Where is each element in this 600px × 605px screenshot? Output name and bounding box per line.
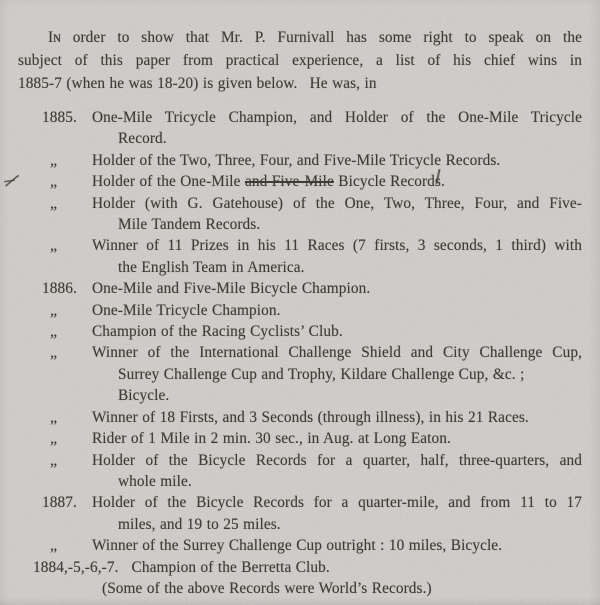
text-segment: Surrey Challenge Cup and Trophy, Kildare… <box>118 366 524 383</box>
item-text: Holder of the Bicycle Records for a quar… <box>92 492 582 535</box>
item-text: Holder of the Bicycle Records for a quar… <box>92 450 582 493</box>
text-segment: miles, and 19 to 25 miles. <box>118 516 281 533</box>
text-line: Holder of the One-Mile and Five-Mile Bic… <box>92 171 582 192</box>
list-item: „Holder of the Bicycle Records for a qua… <box>18 450 582 493</box>
intro-paragraph: Iɴ order to show that Mr. P. Furnivall h… <box>18 26 582 95</box>
item-text: One-Mile Tricycle Champion. <box>92 300 582 321</box>
text-segment: Rider of 1 Mile in 2 min. 30 sec., in Au… <box>92 430 451 447</box>
list-item: 1884,-5,-6,-7.Champion of the Berretta C… <box>18 557 582 578</box>
text-segment: Champion of the Racing Cyclists’ Club. <box>92 323 343 340</box>
ditto-mark: „ <box>42 193 92 236</box>
item-text: Champion of the Racing Cyclists’ Club. <box>92 321 582 342</box>
item-text: Rider of 1 Mile in 2 min. 30 sec., in Au… <box>92 428 582 449</box>
list-item: „Winner of 11 Prizes in his 11 Races (7 … <box>18 235 582 278</box>
footer-note: (Some of the above Records were World’s … <box>102 578 582 599</box>
ditto-mark: „ <box>42 535 92 556</box>
ditto-mark: „ <box>42 321 92 342</box>
slashed-letter: s <box>435 171 441 192</box>
intro-line: Iɴ order to show that Mr. P. Furnivall h… <box>18 26 582 49</box>
page-content: Iɴ order to show that Mr. P. Furnivall h… <box>0 0 600 599</box>
text-line: Holder (with G. Gatehouse) of the One, T… <box>92 193 582 214</box>
item-text: Winner of the Surrey Challenge Cup outri… <box>92 535 582 556</box>
text-line: Holder of the Bicycle Records for a quar… <box>92 492 582 513</box>
intro-line: subject of this paper from practical exp… <box>18 49 582 72</box>
list-item: „Holder of the One-Mile and Five-Mile Bi… <box>18 171 582 192</box>
text-line: One-Mile Tricycle Champion. <box>92 300 582 321</box>
text-segment: Winner of the International Challenge Sh… <box>92 344 582 361</box>
list-item: 1887.Holder of the Bicycle Records for a… <box>18 492 582 535</box>
text-segment: One-Mile and Five-Mile Bicycle Champion. <box>92 280 370 297</box>
text-segment: Holder (with G. Gatehouse) of the One, T… <box>92 195 582 212</box>
list-item: 1885.One-Mile Tricycle Champion, and Hol… <box>18 107 582 150</box>
ditto-mark: „ <box>42 300 92 321</box>
text-line: Surrey Challenge Cup and Trophy, Kildare… <box>92 364 582 385</box>
text-line: One-Mile and Five-Mile Bicycle Champion. <box>92 278 582 299</box>
text-segment: Winner of 11 Prizes in his 11 Races (7 f… <box>92 237 582 254</box>
list-item: „Champion of the Racing Cyclists’ Club. <box>18 321 582 342</box>
item-text: One-Mile Tricycle Champion, and Holder o… <box>92 107 582 150</box>
text-segment: Bicycle Record <box>334 173 435 190</box>
text-segment: Holder of the Bicycle Records for a quar… <box>92 494 582 511</box>
text-segment: Bicycle. <box>118 387 169 404</box>
list-item: „Holder of the Two, Three, Four, and Fiv… <box>18 150 582 171</box>
item-text: One-Mile and Five-Mile Bicycle Champion. <box>92 278 582 299</box>
list-item: „Winner of the International Challenge S… <box>18 342 582 406</box>
list-item: 1886.One-Mile and Five-Mile Bicycle Cham… <box>18 278 582 299</box>
text-line: Record. <box>92 128 582 149</box>
text-segment: . <box>441 173 445 190</box>
list-item: „Winner of the Surrey Challenge Cup outr… <box>18 535 582 556</box>
text-line: the English Team in America. <box>92 257 582 278</box>
item-text: Champion of the Berretta Club. <box>132 557 582 578</box>
text-line: Holder of the Bicycle Records for a quar… <box>92 450 582 471</box>
text-line: Rider of 1 Mile in 2 min. 30 sec., in Au… <box>92 428 582 449</box>
year-label: 1884,-5,-6,-7. <box>33 557 119 578</box>
text-segment: One-Mile Tricycle Champion. <box>92 302 281 319</box>
text-line: Winner of the International Challenge Sh… <box>92 342 582 363</box>
list-item: „Holder (with G. Gatehouse) of the One, … <box>18 193 582 236</box>
item-text: Winner of 11 Prizes in his 11 Races (7 f… <box>92 235 582 278</box>
text-line: Winner of 18 Firsts, and 3 Seconds (thro… <box>92 407 582 428</box>
scanned-book-page: Iɴ order to show that Mr. P. Furnivall h… <box>0 0 600 605</box>
ditto-mark: „ <box>42 450 92 493</box>
list-item: „Winner of 18 Firsts, and 3 Seconds (thr… <box>18 407 582 428</box>
wins-list: 1885.One-Mile Tricycle Champion, and Hol… <box>18 107 582 578</box>
text-line: Bicycle. <box>92 385 582 406</box>
text-line: Winner of the Surrey Challenge Cup outri… <box>92 535 582 556</box>
ditto-mark: „ <box>42 407 92 428</box>
ditto-mark: „ <box>42 342 92 406</box>
text-segment: Mile Tandem Records. <box>118 216 260 233</box>
ditto-mark: „ <box>42 171 92 192</box>
text-segment: Winner of 18 Firsts, and 3 Seconds (thro… <box>92 409 529 426</box>
text-line: Champion of the Racing Cyclists’ Club. <box>92 321 582 342</box>
text-segment: the English Team in America. <box>118 259 305 276</box>
text-segment: Record. <box>118 130 167 147</box>
ditto-mark: „ <box>42 428 92 449</box>
text-segment: Holder of the One-Mile <box>92 173 245 190</box>
item-text: Holder of the Two, Three, Four, and Five… <box>92 150 582 171</box>
ditto-mark: „ <box>42 150 92 171</box>
item-text: Holder of the One-Mile and Five-Mile Bic… <box>92 171 582 192</box>
item-text: Winner of the International Challenge Sh… <box>92 342 582 406</box>
text-line: Champion of the Berretta Club. <box>132 557 582 578</box>
text-segment: Champion of the Berretta Club. <box>132 559 330 576</box>
intro-line: 1885-7 (when he was 18-20) is given belo… <box>18 72 582 95</box>
text-segment: Holder of the Bicycle Records for a quar… <box>92 452 582 469</box>
text-line: miles, and 19 to 25 miles. <box>92 514 582 535</box>
text-segment: whole mile. <box>118 473 192 490</box>
year-label: 1887. <box>42 492 92 535</box>
text-line: Mile Tandem Records. <box>92 214 582 235</box>
ditto-mark: „ <box>42 235 92 278</box>
text-line: One-Mile Tricycle Champion, and Holder o… <box>92 107 582 128</box>
handwritten-margin-mark-icon <box>4 174 21 188</box>
list-item: „Rider of 1 Mile in 2 min. 30 sec., in A… <box>18 428 582 449</box>
item-text: Holder (with G. Gatehouse) of the One, T… <box>92 193 582 236</box>
item-text: Winner of 18 Firsts, and 3 Seconds (thro… <box>92 407 582 428</box>
list-item: „One-Mile Tricycle Champion. <box>18 300 582 321</box>
text-segment: Winner of the Surrey Challenge Cup outri… <box>92 537 502 554</box>
struck-through-text: and Five-Mile <box>245 173 334 190</box>
text-line: Winner of 11 Prizes in his 11 Races (7 f… <box>92 235 582 256</box>
text-segment: Holder of the Two, Three, Four, and Five… <box>92 152 500 169</box>
text-line: whole mile. <box>92 471 582 492</box>
year-label: 1886. <box>42 278 92 299</box>
text-line: Holder of the Two, Three, Four, and Five… <box>92 150 582 171</box>
text-segment: One-Mile Tricycle Champion, and Holder o… <box>92 109 582 126</box>
year-label: 1885. <box>42 107 92 150</box>
